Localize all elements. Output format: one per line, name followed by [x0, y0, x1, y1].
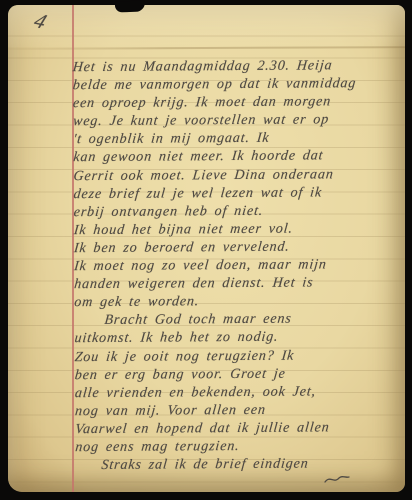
letter-line: kan gewoon niet meer. Ik hoorde dat — [72, 147, 402, 167]
letter-line: Zou ik je ooit nog terugzien? Ik — [74, 346, 404, 366]
letter-line: alle vrienden en bekenden, ook Jet, — [74, 383, 404, 403]
letter-line: Ik ben zo beroerd en vervelend. — [73, 238, 403, 258]
letter-line: Het is nu Maandagmiddag 2.30. Heija — [72, 57, 402, 77]
letter-line: deze brief zul je wel lezen wat of ik — [73, 184, 403, 204]
paper-top-highlight — [8, 5, 405, 47]
letter-line: erbij ontvangen heb of niet. — [73, 202, 403, 222]
flourish-mark — [323, 474, 351, 486]
letter-body: Het is nu Maandagmiddag 2.30. Heijabelde… — [73, 57, 404, 475]
paper-crease — [8, 46, 405, 49]
letter-line: uitkomst. Ik heb het zo nodig. — [74, 328, 404, 348]
letter-line: Straks zal ik de brief eindigen — [75, 455, 405, 475]
letter-paper: 4 Het is nu Maandagmiddag 2.30. Heijabel… — [8, 5, 405, 492]
letter-line: nog eens mag terugzien. — [74, 437, 404, 457]
letter-line: Gerrit ook moet. Lieve Dina onderaan — [72, 165, 402, 185]
letter-line: nog van mij. Voor allen een — [74, 401, 404, 421]
scanned-letter-page: 4 Het is nu Maandagmiddag 2.30. Heijabel… — [0, 0, 412, 500]
letter-line: Ik houd het bijna niet meer vol. — [73, 220, 403, 240]
letter-line: Vaarwel en hopend dat ik jullie allen — [74, 419, 404, 439]
letter-line: ben er erg bang voor. Groet je — [74, 364, 404, 384]
